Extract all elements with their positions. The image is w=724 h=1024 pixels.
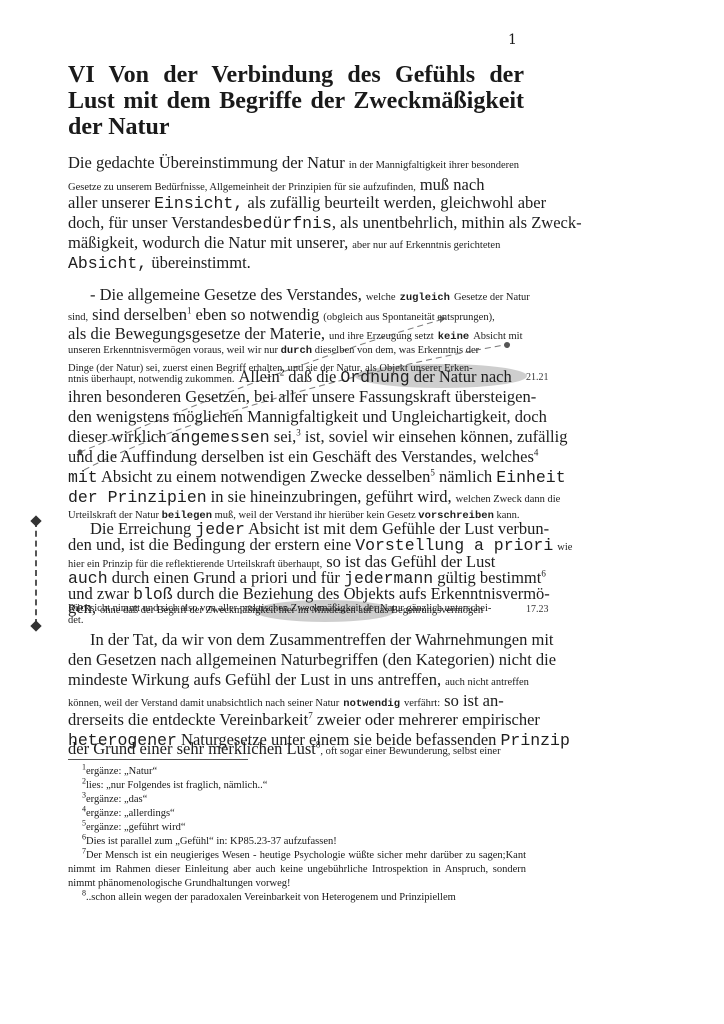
footnote: 1ergänze: „Natur“: [68, 765, 526, 779]
margin-range-bar[interactable]: [35, 521, 39, 625]
footnote: 6Dies ist parallel zum „Gefühl“ in: KP85…: [68, 835, 526, 849]
margin-reference: 17.23: [526, 604, 549, 615]
margin-reference: 21.21: [526, 372, 549, 383]
footnotes: 1ergänze: „Natur“ 2lies: „nur Folgendes …: [68, 765, 526, 905]
footnote: 7Der Mensch ist ein neugieriges Wesen - …: [68, 849, 526, 891]
page-number: 1: [508, 32, 517, 48]
footnote: 8..schon allein wegen der paradoxalen Ve…: [68, 891, 526, 905]
section-title: VI Von der Verbindung des Gefühls der Lu…: [68, 62, 524, 140]
footnote: 4ergänze: „allerdings“: [68, 807, 526, 821]
footnote-separator: [68, 759, 248, 760]
footnote: 5ergänze: „geführt wird“: [68, 821, 526, 835]
footnote: 3ergänze: „das“: [68, 793, 526, 807]
footnote: 2lies: „nur Folgendes ist fraglich, näml…: [68, 779, 526, 793]
